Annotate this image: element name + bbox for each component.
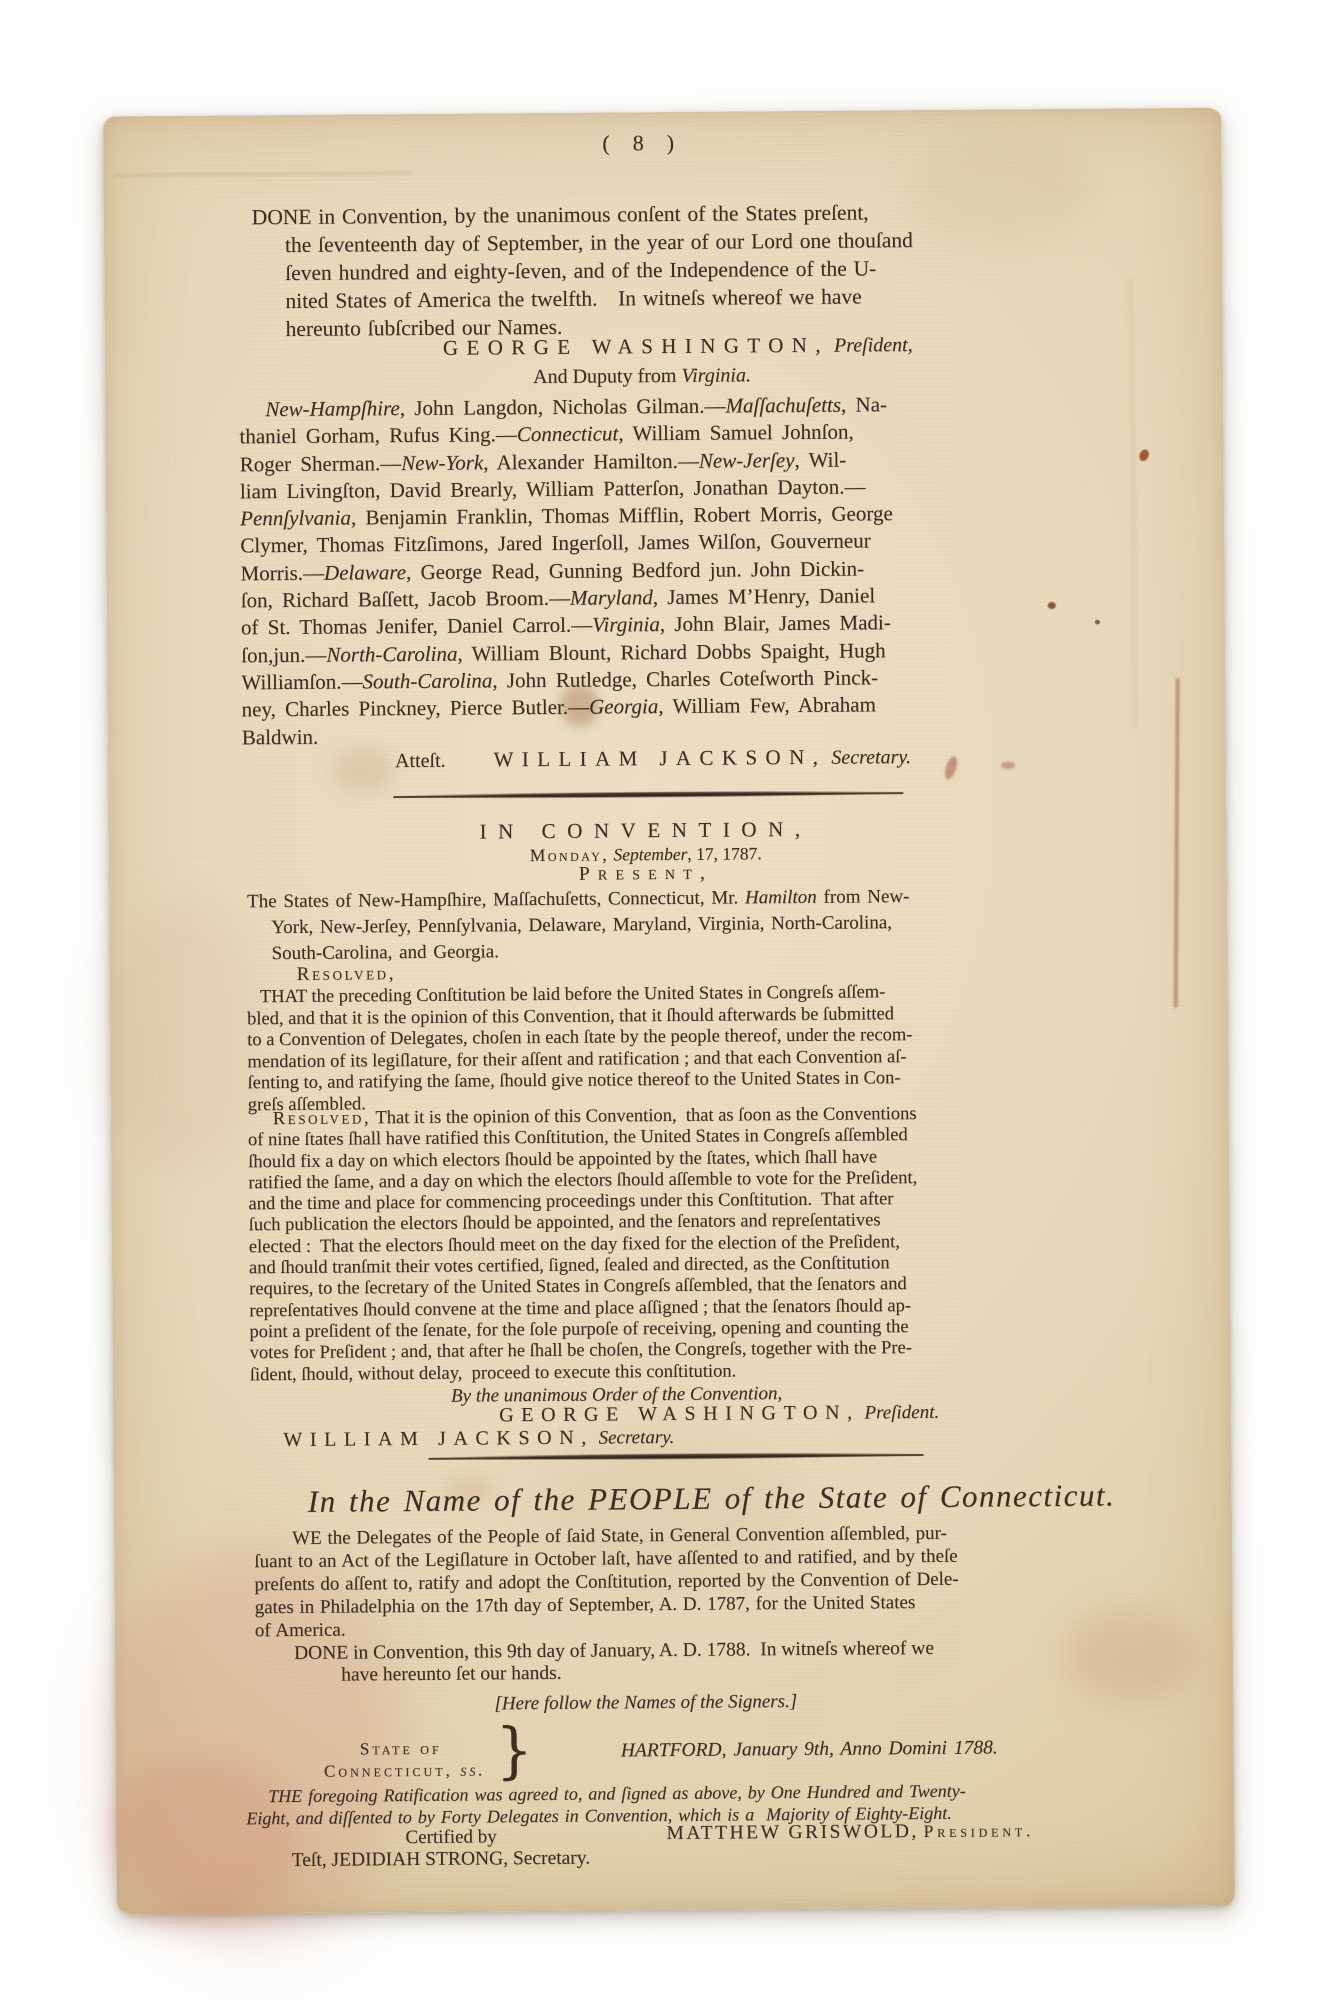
present-line: York, New-Jerſey, Pennſylvania, Delaware… bbox=[271, 910, 909, 941]
stain-corner-pink bbox=[108, 1755, 299, 1926]
done-paragraph-line: nited States of America the twelfth. In … bbox=[285, 282, 913, 315]
resolution-paragraph-1: THAT the preceding Conſtitution be laid … bbox=[247, 982, 913, 1116]
crease-vertical-thread bbox=[1174, 678, 1180, 1008]
attest-row: Atteſt. WILLIAM JACKSON, Secretary. bbox=[395, 744, 911, 773]
griswold-signature-line: MATTHEW GRISWOLD, President. bbox=[666, 1820, 1034, 1845]
speck-secretary bbox=[1001, 761, 1015, 769]
state-label-line-2: Connecticut, ſſ. bbox=[324, 1760, 486, 1781]
signers-note: [Here follow the Names of the Signers.] bbox=[494, 1691, 797, 1715]
done-in-convention-lines: DONE in Convention, this 9th day of Janu… bbox=[294, 1638, 934, 1687]
ratification-paragraph: WE the Delegates of the People of ſaid S… bbox=[254, 1522, 959, 1643]
signers-paragraph: New-Hampſhire, John Langdon, Nicholas Gi… bbox=[239, 391, 894, 751]
present-paragraph: The States of New-Hampſhire, Maſſachuſet… bbox=[247, 884, 910, 967]
done-paragraph: DONE in Convention, by the unanimous con… bbox=[285, 198, 914, 343]
crease-fold-line bbox=[1130, 278, 1136, 728]
place-date-line: HARTFORD, January 9th, Anno Domini 1788. bbox=[621, 1737, 998, 1762]
president-name: GEORGE WASHINGTON, bbox=[499, 1402, 860, 1427]
secretary-title: Secretary. bbox=[599, 1427, 675, 1449]
speck-red-1 bbox=[1138, 448, 1151, 463]
washington-signature-line: GEORGE WASHINGTON, Preſident, bbox=[239, 331, 1081, 363]
document-page: ( 8 ) DONE in Convention, by the unanimo… bbox=[103, 108, 1235, 1915]
resolution-line: ſident, ſhould, without delay, proceed t… bbox=[250, 1360, 919, 1387]
certified-by-label: Certified by bbox=[405, 1826, 496, 1849]
stain-bottom-right bbox=[1065, 1608, 1196, 1704]
deputy-line: And Duputy from Virginia. bbox=[239, 362, 1045, 391]
secretary-name: WILLIAM JACKSON, bbox=[493, 745, 826, 772]
signers-line: ney, Charles Pinckney, Pierce Butler.—Ge… bbox=[242, 691, 895, 723]
speck-red-2 bbox=[1048, 602, 1056, 609]
speck-divider-right bbox=[943, 755, 960, 781]
crease-top-edge bbox=[113, 172, 413, 176]
section-divider bbox=[393, 789, 903, 800]
washington-signature-line-2: GEORGE WASHINGTON, Preſident. bbox=[499, 1401, 939, 1427]
attest-label: Atteſt. bbox=[395, 750, 446, 773]
photo-background: ( 8 ) DONE in Convention, by the unanimo… bbox=[0, 0, 1334, 2000]
done-line: have hereunto ſet our hands. bbox=[341, 1660, 934, 1687]
state-label-line-1: State of bbox=[360, 1739, 442, 1760]
section-divider bbox=[428, 1451, 923, 1462]
stain-attest-blotch bbox=[333, 747, 395, 793]
resolution-paragraph-2: Resolved, That it is the opinion of this… bbox=[248, 1104, 919, 1386]
stain-left-mid bbox=[109, 895, 261, 1176]
president-name: GEORGE WASHINGTON, bbox=[443, 333, 829, 360]
president-title: President. bbox=[924, 1820, 1035, 1841]
president-title: Preſident. bbox=[864, 1402, 939, 1424]
ratification-heading: In the Name of the PEOPLE of the State o… bbox=[308, 1478, 1116, 1520]
speck-red-3 bbox=[1095, 620, 1100, 625]
secretary-name: WILLIAM JACKSON, bbox=[283, 1427, 594, 1451]
resolved-label: Resolved, bbox=[297, 963, 397, 986]
president-title: Preſident, bbox=[834, 334, 913, 357]
secretary-title: Secretary. bbox=[831, 746, 911, 769]
president-name: MATTHEW GRISWOLD, bbox=[666, 1821, 918, 1844]
test-signature-line: Teſt, JEDIDIAH STRONG, Secretary. bbox=[292, 1848, 591, 1872]
jackson-signature-line-2: WILLIAM JACKSON, Secretary. bbox=[283, 1426, 674, 1452]
page-number: ( 8 ) bbox=[237, 126, 1127, 159]
brace-glyph: } bbox=[496, 1720, 533, 1781]
